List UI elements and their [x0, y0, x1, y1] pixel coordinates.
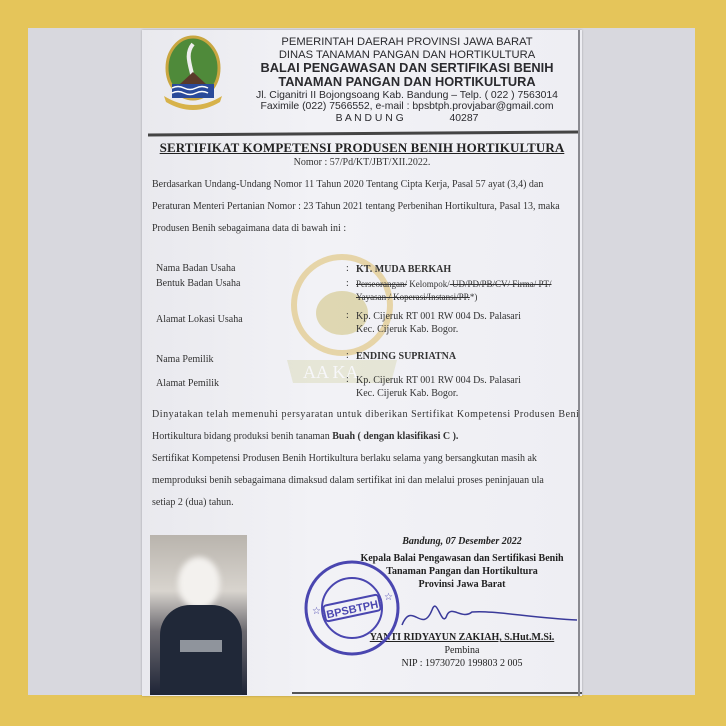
intro-paragraph: Berdasarkan Undang-Undang Nomor 11 Tahun… — [152, 174, 582, 240]
body-line-3: Sertifikat Kompetensi Produsen Benih Hor… — [152, 448, 582, 470]
certificate-title: SERTIFIKAT KOMPETENSI PRODUSEN BENIH HOR… — [142, 140, 582, 156]
letterhead-line-1: PEMERINTAH DAERAH PROVINSI JAWA BARAT — [242, 36, 572, 49]
field-value: ENDING SUPRIATNA — [356, 350, 576, 363]
field-value: Perseorangan/ Kelompok/ UD/PD/PB/CV/ Fir… — [356, 278, 576, 304]
photo-face — [178, 557, 220, 609]
intro-line-2: Peraturan Menteri Pertanian Nomor : 23 T… — [152, 196, 582, 218]
certificate-number: Nomor : 57/Pd/KT/JBT/XII.2022. — [142, 157, 582, 168]
field-value: KT. MUDA BERKAH — [356, 263, 576, 276]
field-colon: : — [346, 350, 349, 361]
postal-code: 40287 — [450, 113, 479, 124]
address-line-1: Kp. Cijeruk RT 001 RW 004 Ds. Palasari — [356, 374, 576, 387]
field-label: Bentuk Badan Usaha — [156, 278, 240, 289]
paper-edge — [578, 30, 580, 696]
address-line-2: Kec. Cijeruk Kab. Bogor. — [356, 387, 576, 400]
declaration-paragraph: Dinyatakan telah memenuhi persyaratan un… — [152, 404, 582, 514]
field-colon: : — [346, 310, 349, 321]
body-line-1: Dinyatakan telah memenuhi persyaratan un… — [152, 404, 582, 426]
field-value: Kp. Cijeruk RT 001 RW 004 Ds. Palasari K… — [356, 310, 576, 336]
letterhead: PEMERINTAH DAERAH PROVINSI JAWA BARAT DI… — [242, 36, 572, 125]
footnote-marker: *) — [470, 292, 478, 302]
signer-nip: NIP : 19730720 199803 2 005 — [342, 657, 582, 670]
watermark-text: AA KA — [303, 362, 359, 382]
intro-line-1: Berdasarkan Undang-Undang Nomor 11 Tahun… — [152, 174, 582, 196]
letterhead-address: Jl. Ciganitri II Bojongsoang Kab. Bandun… — [242, 90, 572, 102]
field-label: Nama Badan Usaha — [156, 263, 235, 274]
body-line-2: Hortikultura bidang produksi benih tanam… — [152, 426, 582, 448]
selected-option: Kelompok/ — [407, 279, 450, 289]
svg-text:☆: ☆ — [312, 606, 321, 617]
intro-line-3: Produsen Benih sebagaimana data di bawah… — [152, 218, 582, 240]
city: B A N D U N G — [336, 113, 404, 124]
certificate-document: PEMERINTAH DAERAH PROVINSI JAWA BARAT DI… — [142, 30, 582, 696]
owner-photo — [150, 535, 247, 695]
official-stamp-icon: BPSBTPH ☆ ☆ — [302, 558, 402, 658]
svg-text:☆: ☆ — [384, 592, 393, 603]
letterhead-city: B A N D U N G 40287 — [242, 113, 572, 125]
photo-shirt-print — [180, 640, 222, 652]
stamp-center-text: BPSBTPH — [325, 599, 379, 622]
place-date: Bandung, 07 Desember 2022 — [342, 535, 582, 548]
west-java-emblem-icon — [160, 34, 226, 112]
field-colon: : — [346, 263, 349, 274]
body-line-5: setiap 2 (dua) tahun. — [152, 492, 582, 514]
letterhead-line-4: TANAMAN PANGAN DAN HORTIKULTURA — [242, 75, 572, 89]
field-colon: : — [346, 374, 349, 385]
struck-option: Perseorangan/ — [356, 279, 407, 289]
field-label: Nama Pemilik — [156, 354, 214, 365]
letterhead-line-3: BALAI PENGAWASAN DAN SERTIFIKASI BENIH — [242, 61, 572, 75]
address-line-2: Kec. Cijeruk Kab. Bogor. — [356, 323, 576, 336]
classification: Buah ( dengan klasifikasi C ). — [332, 431, 458, 442]
handwritten-signature-icon — [392, 590, 582, 640]
body-line-4: memproduksi benih sebagaimana dimaksud d… — [152, 470, 582, 492]
body-line-2-text: Hortikultura bidang produksi benih tanam… — [152, 431, 332, 442]
field-label: Alamat Lokasi Usaha — [156, 314, 243, 325]
letterhead-divider — [148, 130, 578, 136]
address-line-1: Kp. Cijeruk RT 001 RW 004 Ds. Palasari — [356, 310, 576, 323]
field-label: Alamat Pemilik — [156, 378, 219, 389]
field-value: Kp. Cijeruk RT 001 RW 004 Ds. Palasari K… — [356, 374, 576, 400]
field-colon: : — [346, 278, 349, 289]
bottom-rule — [292, 692, 582, 694]
letterhead-contact: Faximile (022) 7566552, e-mail : bpsbtph… — [242, 101, 572, 113]
